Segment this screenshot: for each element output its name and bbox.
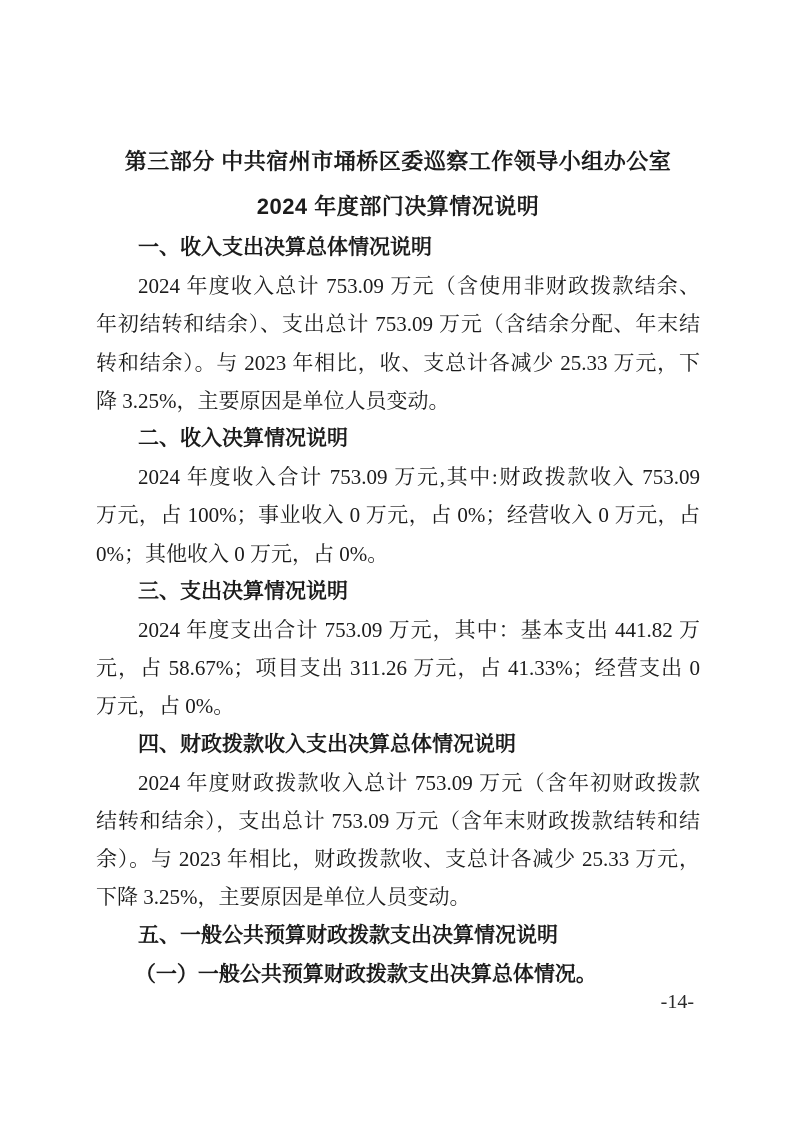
sub-section-heading: （一）一般公共预算财政拨款支出决算总体情况。 [96, 955, 700, 993]
paragraph-line: 降 3.25%，主要原因是单位人员变动。 [96, 382, 700, 420]
paragraph-line: 2024 年度收入总计 753.09 万元（含使用非财政拨款结余、 [96, 267, 700, 305]
document-title: 第三部分 中共宿州市埇桥区委巡察工作领导小组办公室 2024 年度部门决算情况说… [96, 139, 700, 229]
paragraph: 2024 年度收入合计 753.09 万元,其中:财政拨款收入 753.09万元… [96, 458, 700, 573]
section-heading: 五、一般公共预算财政拨款支出决算情况说明 [96, 917, 700, 955]
paragraph-line: 2024 年度财政拨款收入总计 753.09 万元（含年初财政拨款 [96, 764, 700, 802]
paragraph-line: 万元，占 100%；事业收入 0 万元，占 0%；经营收入 0 万元，占 [96, 496, 700, 534]
document-body: 一、收入支出决算总体情况说明2024 年度收入总计 753.09 万元（含使用非… [96, 229, 700, 993]
page-number: -14- [661, 991, 694, 1013]
document-page: 第三部分 中共宿州市埇桥区委巡察工作领导小组办公室 2024 年度部门决算情况说… [0, 0, 793, 1122]
document-title-line-2: 2024 年度部门决算情况说明 [96, 184, 700, 229]
paragraph-line: 2024 年度支出合计 753.09 万元，其中：基本支出 441.82 万 [96, 611, 700, 649]
paragraph-line: 转和结余）。与 2023 年相比，收、支总计各减少 25.33 万元，下 [96, 344, 700, 382]
paragraph-line: 2024 年度收入合计 753.09 万元,其中:财政拨款收入 753.09 [96, 458, 700, 496]
paragraph-line: 下降 3.25%，主要原因是单位人员变动。 [96, 878, 700, 916]
paragraph-line: 年初结转和结余）、支出总计 753.09 万元（含结余分配、年末结 [96, 305, 700, 343]
section-heading: 三、支出决算情况说明 [96, 573, 700, 611]
paragraph-line: 万元，占 0%。 [96, 687, 700, 725]
section-heading: 二、收入决算情况说明 [96, 420, 700, 458]
document-title-line-1: 第三部分 中共宿州市埇桥区委巡察工作领导小组办公室 [96, 139, 700, 184]
paragraph-line: 结转和结余），支出总计 753.09 万元（含年末财政拨款结转和结 [96, 802, 700, 840]
paragraph: 2024 年度收入总计 753.09 万元（含使用非财政拨款结余、年初结转和结余… [96, 267, 700, 420]
paragraph-line: 元，占 58.67%；项目支出 311.26 万元，占 41.33%；经营支出 … [96, 649, 700, 687]
paragraph-line: 余）。与 2023 年相比，财政拨款收、支总计各减少 25.33 万元， [96, 840, 700, 878]
page-footer: -14- [661, 990, 694, 1014]
section-heading: 一、收入支出决算总体情况说明 [96, 229, 700, 267]
paragraph-line: 0%；其他收入 0 万元，占 0%。 [96, 535, 700, 573]
section-heading: 四、财政拨款收入支出决算总体情况说明 [96, 726, 700, 764]
paragraph: 2024 年度财政拨款收入总计 753.09 万元（含年初财政拨款结转和结余），… [96, 764, 700, 917]
paragraph: 2024 年度支出合计 753.09 万元，其中：基本支出 441.82 万元，… [96, 611, 700, 726]
